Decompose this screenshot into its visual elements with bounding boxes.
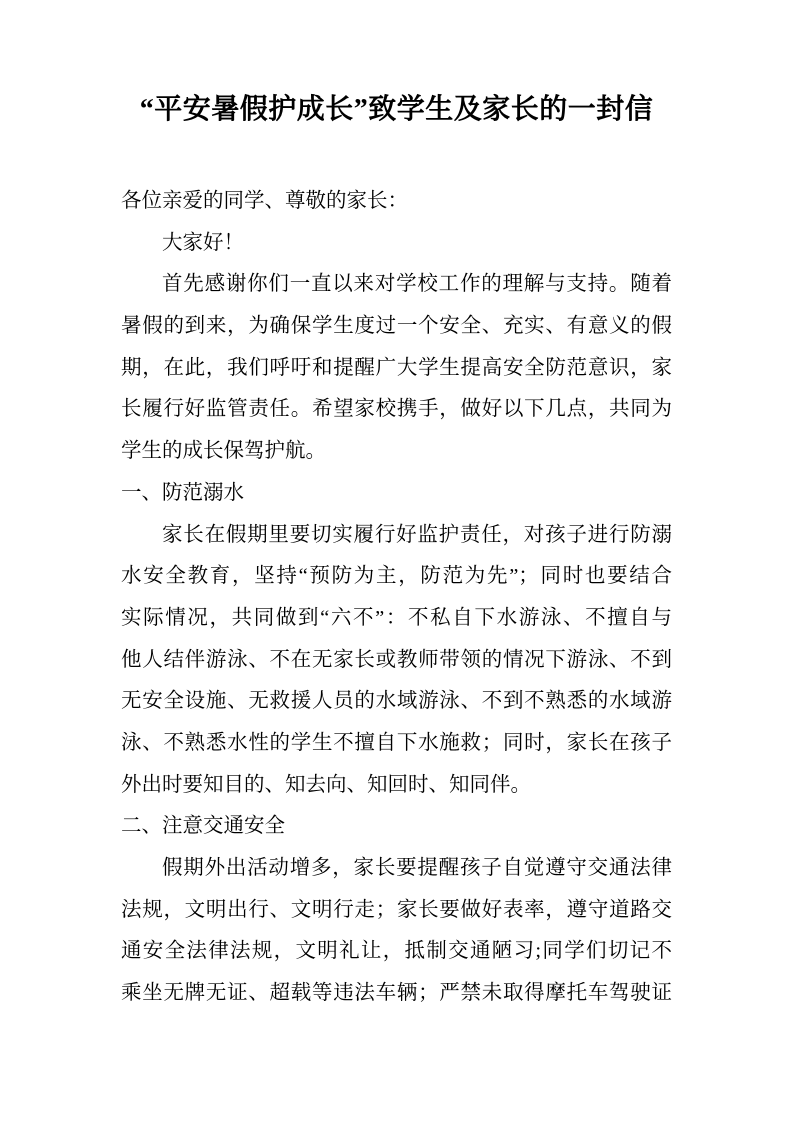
paragraph-drowning-prevention-line: 外出时要知目的、知去向、知回时、知同伴。 — [121, 765, 672, 807]
paragraph-traffic-safety-line: 假期外出活动增多，家长要提醒孩子自觉遵守交通法律 — [121, 848, 672, 890]
page-title: “平安暑假护成长”致学生及家长的一封信 — [110, 88, 683, 132]
paragraph-intro-line: 首先感谢你们一直以来对学校工作的理解与支持。随着 — [121, 264, 672, 306]
paragraph-drowning-prevention-line: 水安全教育，坚持“预防为主，防范为先”；同时也要结合 — [121, 556, 672, 598]
paragraph-intro-line: 期，在此，我们呼吁和提醒广大学生提高安全防范意识，家 — [121, 348, 672, 390]
paragraph-drowning-prevention-line: 泳、不熟悉水性的学生不擅自下水施救；同时，家长在孩子 — [121, 723, 672, 765]
paragraph-traffic-safety-line: 通安全法律法规，文明礼让，抵制交通陋习;同学们切记不 — [121, 931, 672, 973]
paragraph-drowning-prevention-line: 无安全设施、无救援人员的水域游泳、不到不熟悉的水域游 — [121, 681, 672, 723]
heading-section-1-line: 一、防范溺水 — [121, 473, 672, 515]
paragraph-drowning-prevention-line: 实际情况，共同做到“六不”：不私自下水游泳、不擅自与 — [121, 598, 672, 640]
paragraph-intro-line: 长履行好监管责任。希望家校携手，做好以下几点，共同为 — [121, 389, 672, 431]
document-body: 各位亲爱的同学、尊敬的家长：大家好！首先感谢你们一直以来对学校工作的理解与支持。… — [121, 181, 672, 1015]
paragraph-drowning-prevention-line: 家长在假期里要切实履行好监护责任，对孩子进行防溺 — [121, 515, 672, 557]
paragraph-traffic-safety-line: 法规，文明出行、文明行走；家长要做好表率，遵守道路交 — [121, 890, 672, 932]
heading-section-2-line: 二、注意交通安全 — [121, 806, 672, 848]
paragraph-intro-line: 暑假的到来，为确保学生度过一个安全、充实、有意义的假 — [121, 306, 672, 348]
document-page: “平安暑假护成长”致学生及家长的一封信 各位亲爱的同学、尊敬的家长：大家好！首先… — [0, 0, 793, 1122]
paragraph-traffic-safety-line: 乘坐无牌无证、超载等违法车辆；严禁未取得摩托车驾驶证 — [121, 973, 672, 1015]
paragraph-intro-line: 学生的成长保驾护航。 — [121, 431, 672, 473]
salutation-line: 各位亲爱的同学、尊敬的家长： — [121, 181, 672, 223]
paragraph-greeting-line: 大家好！ — [121, 223, 672, 265]
paragraph-drowning-prevention-line: 他人结伴游泳、不在无家长或教师带领的情况下游泳、不到 — [121, 640, 672, 682]
